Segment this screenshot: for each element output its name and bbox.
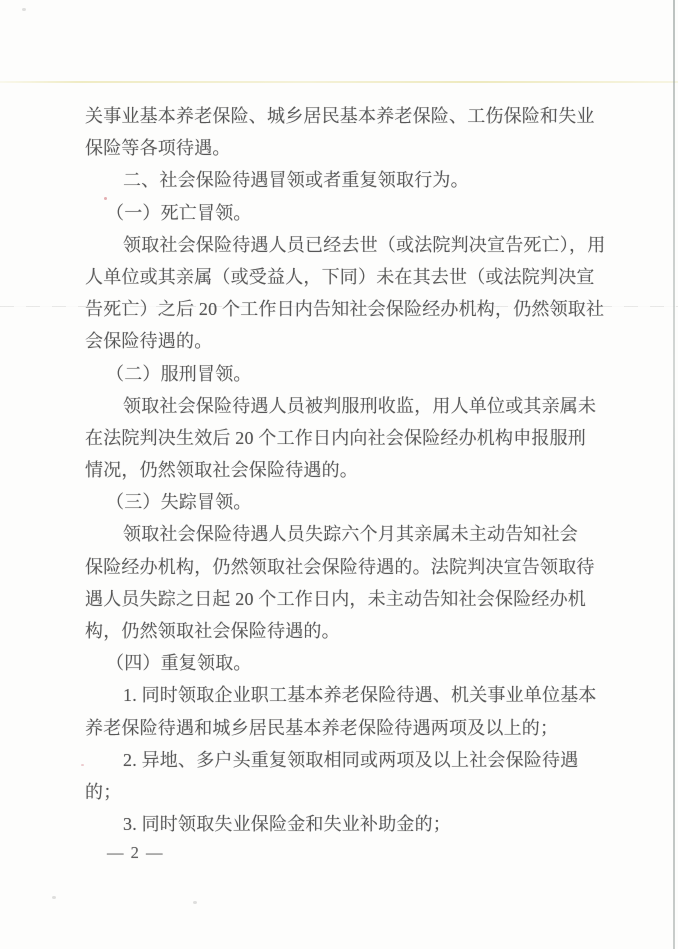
text-line: 二、社会保险待遇冒领或者重复领取行为。	[85, 164, 645, 196]
text-line: 1. 同时领取企业职工基本养老保险待遇、机关事业单位基本	[85, 679, 645, 711]
text-line: 2. 异地、多户头重复领取相同或两项及以上社会保险待遇	[85, 744, 645, 776]
text-line: 领取社会保险待遇人员失踪六个月其亲属未主动告知社会	[85, 518, 645, 550]
text-line: 的；	[85, 776, 645, 808]
scan-artifact-page-edge	[673, 0, 675, 949]
text-line: （三）失踪冒领。	[85, 486, 645, 518]
page-number: — 2 —	[107, 843, 164, 863]
text-line: 3. 同时领取失业保险金和失业补助金的；	[85, 808, 645, 840]
document-body-text: 关事业基本养老保险、城乡居民基本养老保险、工伤保险和失业保险等各项待遇。二、社会…	[85, 100, 645, 840]
text-line: （二）服刑冒领。	[85, 358, 645, 390]
text-line: 领取社会保险待遇人员已经去世（或法院判决宣告死亡），用	[85, 229, 645, 261]
scan-artifact-speck	[52, 896, 56, 899]
text-line: 领取社会保险待遇人员被判服刑收监，用人单位或其亲属未	[85, 390, 645, 422]
scan-artifact-yellow-streak	[0, 81, 678, 83]
text-line: 人单位或其亲属（或受益人，下同）未在其去世（或法院判决宣	[85, 261, 645, 293]
text-line: 遇人员失踪之日起 20 个工作日内，未主动告知社会保险经办机	[85, 583, 645, 615]
text-line: 在法院判决生效后 20 个工作日内向社会保险经办机构申报服刑	[85, 422, 645, 454]
scan-artifact-speck	[22, 8, 26, 11]
scanned-document-page: 关事业基本养老保险、城乡居民基本养老保险、工伤保险和失业保险等各项待遇。二、社会…	[0, 0, 678, 949]
text-line: 关事业基本养老保险、城乡居民基本养老保险、工伤保险和失业	[85, 100, 645, 132]
text-line: 告死亡）之后 20 个工作日内告知社会保险经办机构，仍然领取社	[85, 293, 645, 325]
text-line: （一）死亡冒领。	[85, 197, 645, 229]
text-line: 构，仍然领取社会保险待遇的。	[85, 615, 645, 647]
text-line: （四）重复领取。	[85, 647, 645, 679]
scan-artifact-speck	[81, 764, 84, 766]
text-line: 情况，仍然领取社会保险待遇的。	[85, 454, 645, 486]
scan-artifact-speck	[193, 901, 197, 904]
text-line: 养老保险待遇和城乡居民基本养老保险待遇两项及以上的；	[85, 712, 645, 744]
text-line: 保险经办机构，仍然领取社会保险待遇的。法院判决宣告领取待	[85, 551, 645, 583]
text-line: 保险等各项待遇。	[85, 132, 645, 164]
text-line: 会保险待遇的。	[85, 325, 645, 357]
